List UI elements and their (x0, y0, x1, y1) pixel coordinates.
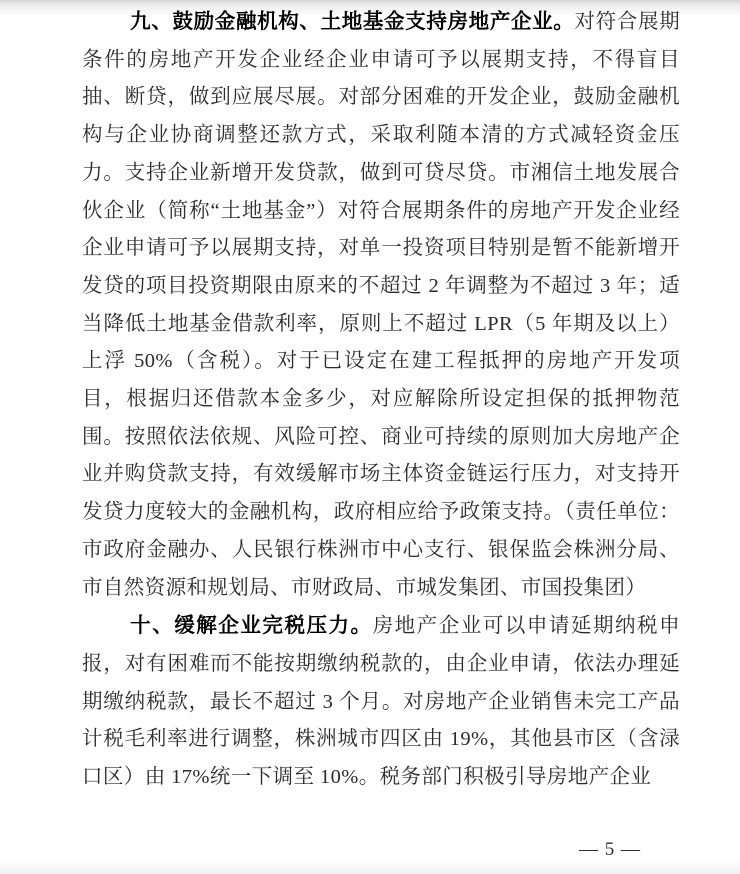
paragraph-section-9-body: 对符合展期条件的房地产开发企业经企业申请可予以展期支持，不得盲目抽、断贷，做到应… (82, 11, 680, 599)
paragraph-section-10: 十、缓解企业完税压力。房地产企业可以申请延期纳税申报，对有困难而不能按期缴纳税款… (82, 607, 680, 797)
paragraph-section-10-heading: 十、缓解企业完税压力。 (130, 614, 372, 637)
paragraph-section-9: 九、鼓励金融机构、土地基金支持房地产企业。对符合展期条件的房地产开发企业经企业申… (82, 3, 680, 607)
paragraph-section-10-body: 房地产企业可以申请延期纳税申报，对有困难而不能按期缴纳税款的，由企业申请，依法办… (82, 615, 680, 788)
paragraph-section-9-heading: 九、鼓励金融机构、土地基金支持房地产企业。 (130, 10, 574, 33)
page-number: — 5 — (579, 839, 641, 861)
document-page: 九、鼓励金融机构、土地基金支持房地产企业。对符合展期条件的房地产开发企业经企业申… (0, 0, 740, 874)
document-text-block: 九、鼓励金融机构、土地基金支持房地产企业。对符合展期条件的房地产开发企业经企业申… (82, 3, 680, 797)
